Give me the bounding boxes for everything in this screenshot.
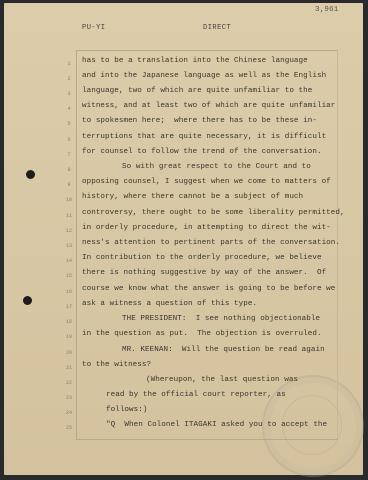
transcript-line: 3language, two of which are quite unfami…	[0, 87, 368, 103]
line-text: ness's attention to pertinent parts of t…	[82, 239, 340, 247]
transcript-line: 20MR. KEENAN: Will the question be read …	[0, 346, 368, 362]
line-text: So with great respect to the Court and t…	[122, 163, 311, 171]
line-number: 12	[62, 228, 76, 234]
line-text: to spokesmen here; where there has to be…	[82, 117, 317, 125]
transcript-line: 23read by the official court reporter, a…	[0, 391, 368, 407]
line-text: in orderly procedure, in attempting to d…	[82, 224, 331, 232]
transcript-line: 21to the witness?	[0, 361, 368, 377]
transcript-line: 8So with great respect to the Court and …	[0, 163, 368, 179]
transcript-line: 13ness's attention to pertinent parts of…	[0, 239, 368, 255]
line-text: and into the Japanese language as well a…	[82, 72, 326, 80]
transcript-line: 25"Q When Colonel ITAGAKI asked you to a…	[0, 421, 368, 437]
transcript-line: 15there is nothing suggestive by way of …	[0, 269, 368, 285]
line-text: witness, and at least two of which are q…	[82, 102, 335, 110]
line-text: ask a witness a question of this type.	[82, 300, 257, 308]
line-number: 19	[62, 334, 76, 340]
line-number: 23	[62, 395, 76, 401]
line-text: "Q When Colonel ITAGAKI asked you to acc…	[106, 421, 327, 429]
line-text: for counsel to follow the trend of the c…	[82, 148, 322, 156]
line-number: 3	[62, 91, 76, 97]
line-number: 7	[62, 152, 76, 158]
line-number: 9	[62, 182, 76, 188]
line-text: history, where there cannot be a subject…	[82, 193, 303, 201]
line-text: (Whereupon, the last question was	[146, 376, 298, 384]
transcript-line: 9opposing counsel, I suggest when we com…	[0, 178, 368, 194]
line-text: in the question as put. The objection is…	[82, 330, 322, 338]
line-number: 17	[62, 304, 76, 310]
line-text: opposing counsel, I suggest when we come…	[82, 178, 331, 186]
line-number: 1	[62, 61, 76, 67]
line-text: follows:)	[106, 406, 147, 414]
line-number: 11	[62, 213, 76, 219]
transcript-line: 12in orderly procedure, in attempting to…	[0, 224, 368, 240]
transcript-line: 5to spokesmen here; where there has to b…	[0, 117, 368, 133]
line-text: there is nothing suggestive by way of th…	[82, 269, 326, 277]
transcript-line: 18THE PRESIDENT: I see nothing objection…	[0, 315, 368, 331]
transcript-line: 4witness, and at least two of which are …	[0, 102, 368, 118]
line-text: language, two of which are quite unfamil…	[82, 87, 312, 95]
transcript-line: 24follows:)	[0, 406, 368, 422]
line-number: 22	[62, 380, 76, 386]
line-number: 6	[62, 137, 76, 143]
line-number: 4	[62, 106, 76, 112]
transcript-line: 2and into the Japanese language as well …	[0, 72, 368, 88]
transcript-line: 1has to be a translation into the Chines…	[0, 57, 368, 73]
transcript-line: 22(Whereupon, the last question was	[0, 376, 368, 392]
line-text: MR. KEENAN: Will the question be read ag…	[122, 346, 325, 354]
line-number: 18	[62, 319, 76, 325]
transcript-line: 10history, where there cannot be a subje…	[0, 193, 368, 209]
line-number: 20	[62, 350, 76, 356]
line-text: to the witness?	[82, 361, 151, 369]
line-number: 5	[62, 121, 76, 127]
transcript-line: 14In contribution to the orderly procedu…	[0, 254, 368, 270]
line-number: 16	[62, 289, 76, 295]
line-text: has to be a translation into the Chinese…	[82, 57, 308, 65]
line-text: controversy, there ought to be some libe…	[82, 209, 345, 217]
line-number: 24	[62, 410, 76, 416]
line-text: THE PRESIDENT: I see nothing objectionab…	[122, 315, 320, 323]
line-text: In contribution to the orderly procedure…	[82, 254, 322, 262]
page-number: 3,961	[315, 6, 339, 14]
line-number: 8	[62, 167, 76, 173]
transcript-line: 19in the question as put. The objection …	[0, 330, 368, 346]
line-number: 13	[62, 243, 76, 249]
line-number: 15	[62, 273, 76, 279]
transcript-line: 7for counsel to follow the trend of the …	[0, 148, 368, 164]
examination-type: DIRECT	[203, 24, 231, 32]
transcript-line: 11controversy, there ought to be some li…	[0, 209, 368, 225]
line-number: 21	[62, 365, 76, 371]
transcript-line: 16course we know what the answer is goin…	[0, 285, 368, 301]
line-number: 14	[62, 258, 76, 264]
line-number: 25	[62, 425, 76, 431]
line-text: read by the official court reporter, as	[106, 391, 286, 399]
transcript-line: 6terruptions that are quite necessary, i…	[0, 133, 368, 149]
line-text: terruptions that are quite necessary, it…	[82, 133, 326, 141]
transcript-line: 17ask a witness a question of this type.	[0, 300, 368, 316]
line-number: 2	[62, 76, 76, 82]
line-text: course we know what the answer is going …	[82, 285, 335, 293]
witness-name: PU-YI	[82, 24, 106, 32]
line-number: 10	[62, 197, 76, 203]
